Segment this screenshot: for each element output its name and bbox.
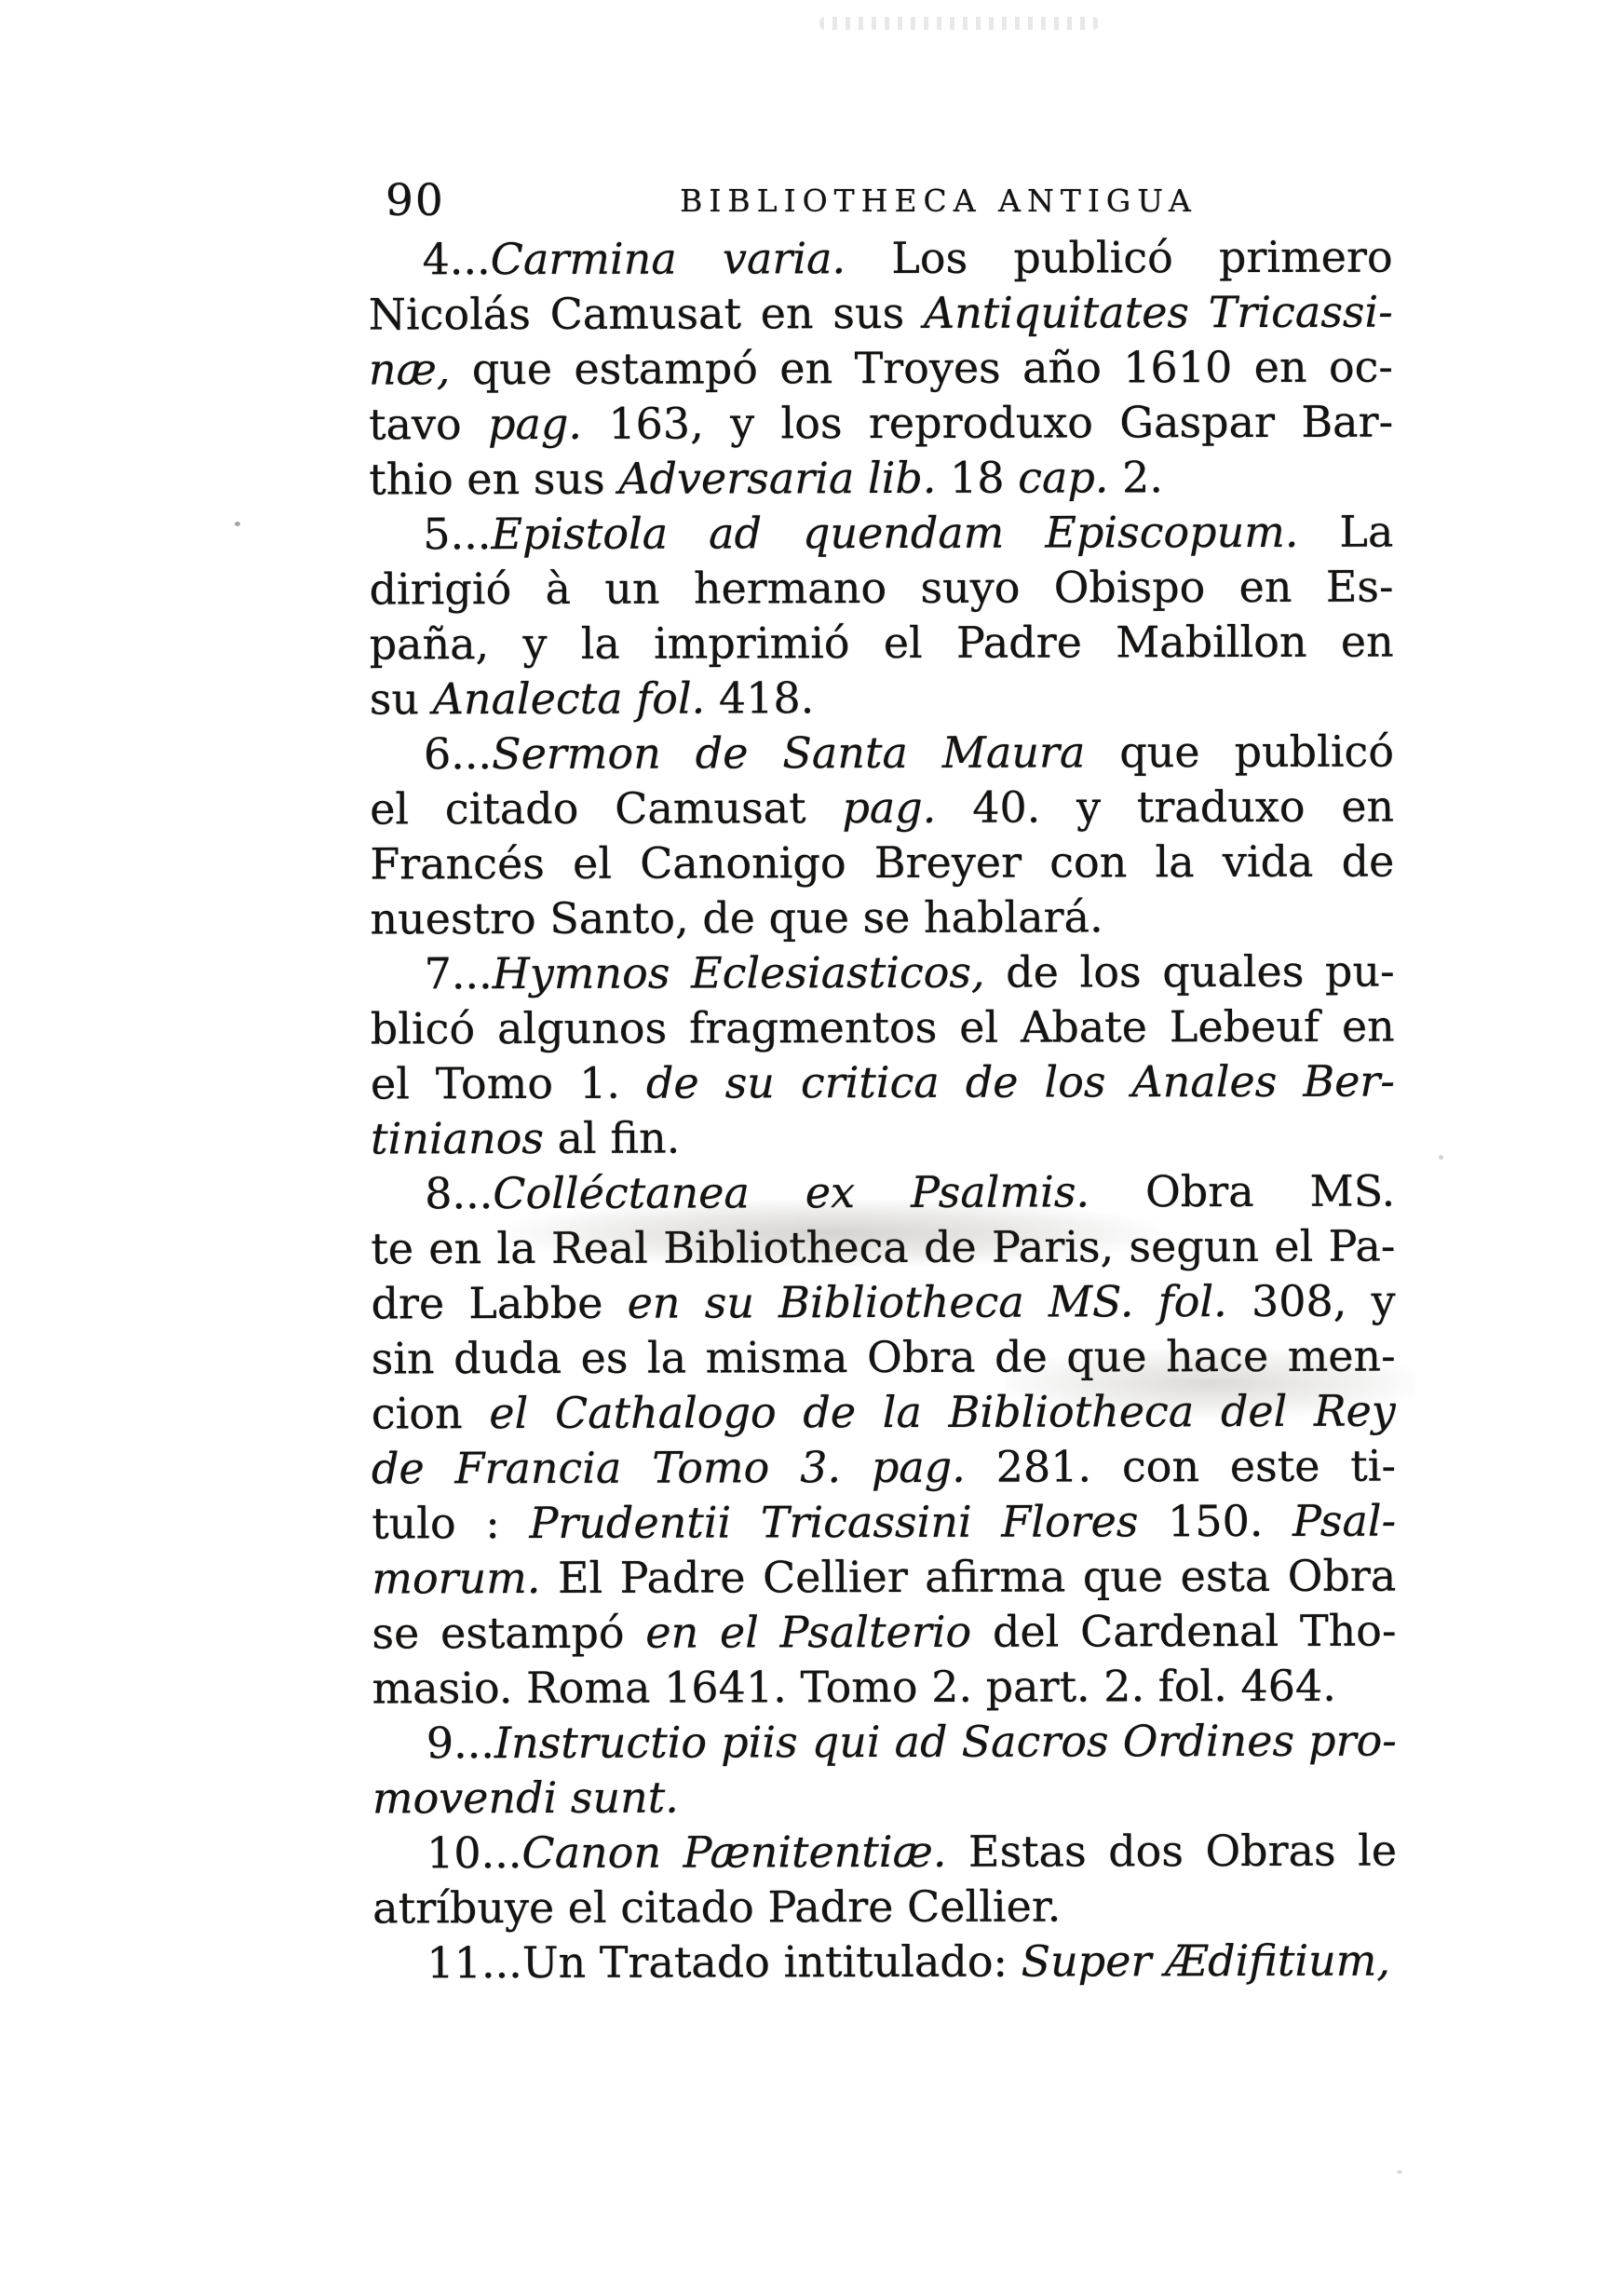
text-segment: 18 (936, 453, 1018, 503)
text-segment: te en la Real Bibliotheca de Paris, segu… (371, 1221, 1395, 1274)
text-segment: 150. (1138, 1496, 1292, 1546)
text-segment: Carmina varia. (491, 233, 846, 284)
text-segment: 2. (1108, 452, 1163, 502)
text-segment: 8... (425, 1168, 493, 1218)
text-segment: blicó algunos fragmentos el Abate Lebeuf… (371, 1001, 1395, 1054)
text-segment: 10... (426, 1827, 522, 1878)
scanned-book-page: 90 BIBLIOTHECA ANTIGUA 4...Carmina varia… (0, 0, 1624, 2295)
text-segment: el Tomo 1. (371, 1058, 646, 1109)
text-line: dirigió à un hermano suyo Obispo en Es- (369, 560, 1393, 618)
text-segment: cap. (1018, 452, 1108, 502)
text-line: morum. El Padre Cellier afirma que esta … (372, 1549, 1396, 1607)
text-segment: Adversaria lib. (618, 453, 936, 504)
text-segment: Epistola ad quendam Episcopum. (491, 507, 1298, 559)
ink-speck (1397, 2170, 1402, 2174)
text-line: de Francia Tomo 3. pag. 281. con este ti… (372, 1439, 1396, 1497)
text-segment: del Cardenal Tho- (971, 1606, 1396, 1657)
text-line: tinianos al fin. (371, 1109, 1395, 1167)
text-line: Francés el Canonigo Breyer con la vida d… (370, 835, 1394, 892)
text-segment: de Francia Tomo 3. pag. (372, 1442, 966, 1494)
text-line: te en la Real Bibliotheca de Paris, segu… (371, 1219, 1395, 1277)
text-segment: que estampó en Troyes año 1610 en oc- (450, 342, 1393, 395)
text-segment: el citado Camusat (370, 782, 842, 834)
text-segment: movendi sunt. (372, 1772, 679, 1824)
text-line: 5...Epistola ad quendam Episcopum. La (369, 505, 1393, 563)
text-segment: sin duda es la misma Obra de que hace me… (372, 1331, 1396, 1384)
text-segment: nuestro Santo, de que se hablará. (370, 891, 1103, 944)
text-segment: Prudentii Tricassini Flores (529, 1496, 1138, 1548)
paragraph: 10...Canon Pænitentiæ. Estas dos Obras l… (372, 1824, 1397, 1936)
text-line: movendi sunt. (372, 1769, 1397, 1826)
paragraph: 5...Epistola ad quendam Episcopum. Ladir… (369, 505, 1394, 727)
text-segment: tulo : (372, 1498, 529, 1548)
text-segment: 308, y (1227, 1276, 1396, 1326)
text-segment: pag. (842, 782, 936, 833)
running-title: BIBLIOTHECA ANTIGUA (371, 183, 1395, 219)
text-segment: atríbuye el citado Padre Cellier. (372, 1881, 1061, 1934)
text-line: sin duda es la misma Obra de que hace me… (372, 1329, 1396, 1387)
text-line: el citado Camusat pag. 40. y traduxo en (370, 780, 1394, 837)
text-line: Nicolás Camusat en sus Antiquitates Tric… (369, 285, 1393, 343)
text-segment: næ, (369, 344, 451, 394)
text-line: dre Labbe en su Bibliotheca MS. fol. 308… (371, 1274, 1395, 1332)
text-segment: tavo (369, 399, 488, 449)
text-segment: 9... (426, 1718, 494, 1768)
text-segment: Nicolás Camusat en sus (369, 288, 924, 340)
text-line: thio en sus Adversaria lib. 18 cap. 2. (369, 450, 1393, 508)
text-line: su Analecta fol. 418. (370, 670, 1394, 727)
text-segment: Psal- (1292, 1496, 1396, 1546)
text-segment: paña, y la imprimió el Padre Mabillon en (370, 617, 1394, 670)
text-segment: Canon Pænitentiæ. (521, 1826, 946, 1878)
text-segment: La (1298, 507, 1393, 557)
text-line: næ, que estampó en Troyes año 1610 en oc… (369, 340, 1393, 398)
text-line: tulo : Prudentii Tricassini Flores 150. … (372, 1494, 1396, 1552)
body-text: 4...Carmina varia. Los publicó primeroNi… (369, 230, 1398, 1991)
text-segment: Colléctanea ex Psalmis. (493, 1166, 1089, 1218)
text-segment: Instructio piis qui ad Sacros Ordines pr… (494, 1716, 1397, 1769)
text-segment: Sermon de Santa Maura (492, 727, 1085, 779)
text-line: 7...Hymnos Eclesiasticos, de los quales … (371, 944, 1395, 1002)
text-segment: Estas dos Obras le (946, 1826, 1397, 1877)
ink-speck (235, 522, 240, 526)
text-line: nuestro Santo, de que se hablará. (370, 889, 1394, 947)
text-segment: dirigió à un hermano suyo Obispo en Es- (369, 562, 1393, 615)
text-line: 11...Un Tratado intitulado: Super Ædifit… (372, 1934, 1397, 1991)
text-segment: 281. con este ti- (966, 1441, 1396, 1492)
text-line: se estampó en el Psalterio del Cardenal … (372, 1604, 1396, 1662)
text-segment: el Cathalogo de la Bibliotheca del Rey (489, 1386, 1396, 1439)
text-segment: 6... (424, 728, 492, 779)
text-segment: Hymnos Eclesiasticos, (493, 947, 985, 998)
paragraph: 7...Hymnos Eclesiasticos, de los quales … (371, 944, 1396, 1167)
running-header: 90 BIBLIOTHECA ANTIGUA (371, 173, 1395, 229)
text-segment: de su critica de los Anales Ber- (646, 1056, 1395, 1108)
ink-speck (1439, 1155, 1443, 1160)
text-line: 8...Colléctanea ex Psalmis. Obra MS. exî… (371, 1164, 1395, 1222)
text-line: paña, y la imprimió el Padre Mabillon en (370, 615, 1394, 672)
paragraph: 8...Colléctanea ex Psalmis. Obra MS. exî… (371, 1164, 1397, 1717)
paragraph: 11...Un Tratado intitulado: Super Ædifit… (372, 1934, 1397, 1991)
text-line: 6...Sermon de Santa Maura que publicó (370, 725, 1394, 782)
text-segment: de los quales pu- (985, 946, 1395, 998)
text-segment: morum. (372, 1553, 540, 1603)
text-segment: 163, y los reproduxo Gaspar Bar- (582, 397, 1393, 449)
text-line: atríbuye el citado Padre Cellier. (372, 1879, 1397, 1936)
text-segment: al fin. (544, 1113, 680, 1163)
text-line: 10...Canon Pænitentiæ. Estas dos Obras l… (372, 1824, 1397, 1881)
text-segment: su (370, 673, 433, 724)
text-line: masio. Roma 1641. Tomo 2. part. 2. fol. … (372, 1659, 1397, 1717)
text-segment: 11...Un Tratado intitulado: (426, 1936, 1021, 1989)
text-segment: masio. Roma 1641. Tomo 2. part. 2. fol. … (372, 1661, 1336, 1714)
text-segment: Analecta fol. (433, 672, 706, 724)
text-line: cion el Cathalogo de la Bibliotheca del … (372, 1384, 1396, 1442)
text-segment: Super Ædifitium, (1022, 1935, 1391, 1987)
text-segment: en su Bibliotheca MS. fol. (628, 1276, 1227, 1328)
paragraph: 9...Instructio piis qui ad Sacros Ordine… (372, 1714, 1397, 1826)
scan-artifact (819, 17, 1099, 30)
text-segment: 7... (425, 948, 493, 998)
text-segment: 40. y traduxo en (936, 781, 1394, 833)
text-segment: El Padre Cellier afirma que esta Obra (540, 1551, 1396, 1603)
paragraph: 6...Sermon de Santa Maura que publicóel … (370, 725, 1395, 947)
text-segment: pag. (488, 399, 582, 449)
paragraph: 4...Carmina varia. Los publicó primeroNi… (369, 230, 1394, 508)
text-segment: que publicó (1085, 727, 1394, 778)
text-line: 9...Instructio piis qui ad Sacros Ordine… (372, 1714, 1397, 1772)
text-segment: Francés el Canonigo Breyer con la vida d… (370, 836, 1394, 889)
text-segment: 4... (423, 234, 491, 284)
text-segment: en el Psalterio (645, 1607, 971, 1658)
text-segment: thio en sus (369, 454, 618, 505)
text-segment: 5... (423, 509, 491, 559)
text-line: tavo pag. 163, y los reproduxo Gaspar Ba… (369, 395, 1393, 453)
text-line: blicó algunos fragmentos el Abate Lebeuf… (371, 999, 1395, 1057)
text-segment: se estampó (372, 1608, 645, 1659)
text-line: 4...Carmina varia. Los publicó primero (369, 230, 1393, 288)
text-segment: 418. (705, 672, 814, 723)
text-line: el Tomo 1. de su critica de los Anales B… (371, 1054, 1395, 1112)
text-segment: dre Labbe (371, 1278, 627, 1329)
text-segment: cion (372, 1388, 490, 1438)
text-segment: Los publicó primero (846, 232, 1393, 284)
text-segment: Antiquitates Tricassi- (924, 287, 1393, 338)
text-segment: tinianos (371, 1113, 544, 1163)
